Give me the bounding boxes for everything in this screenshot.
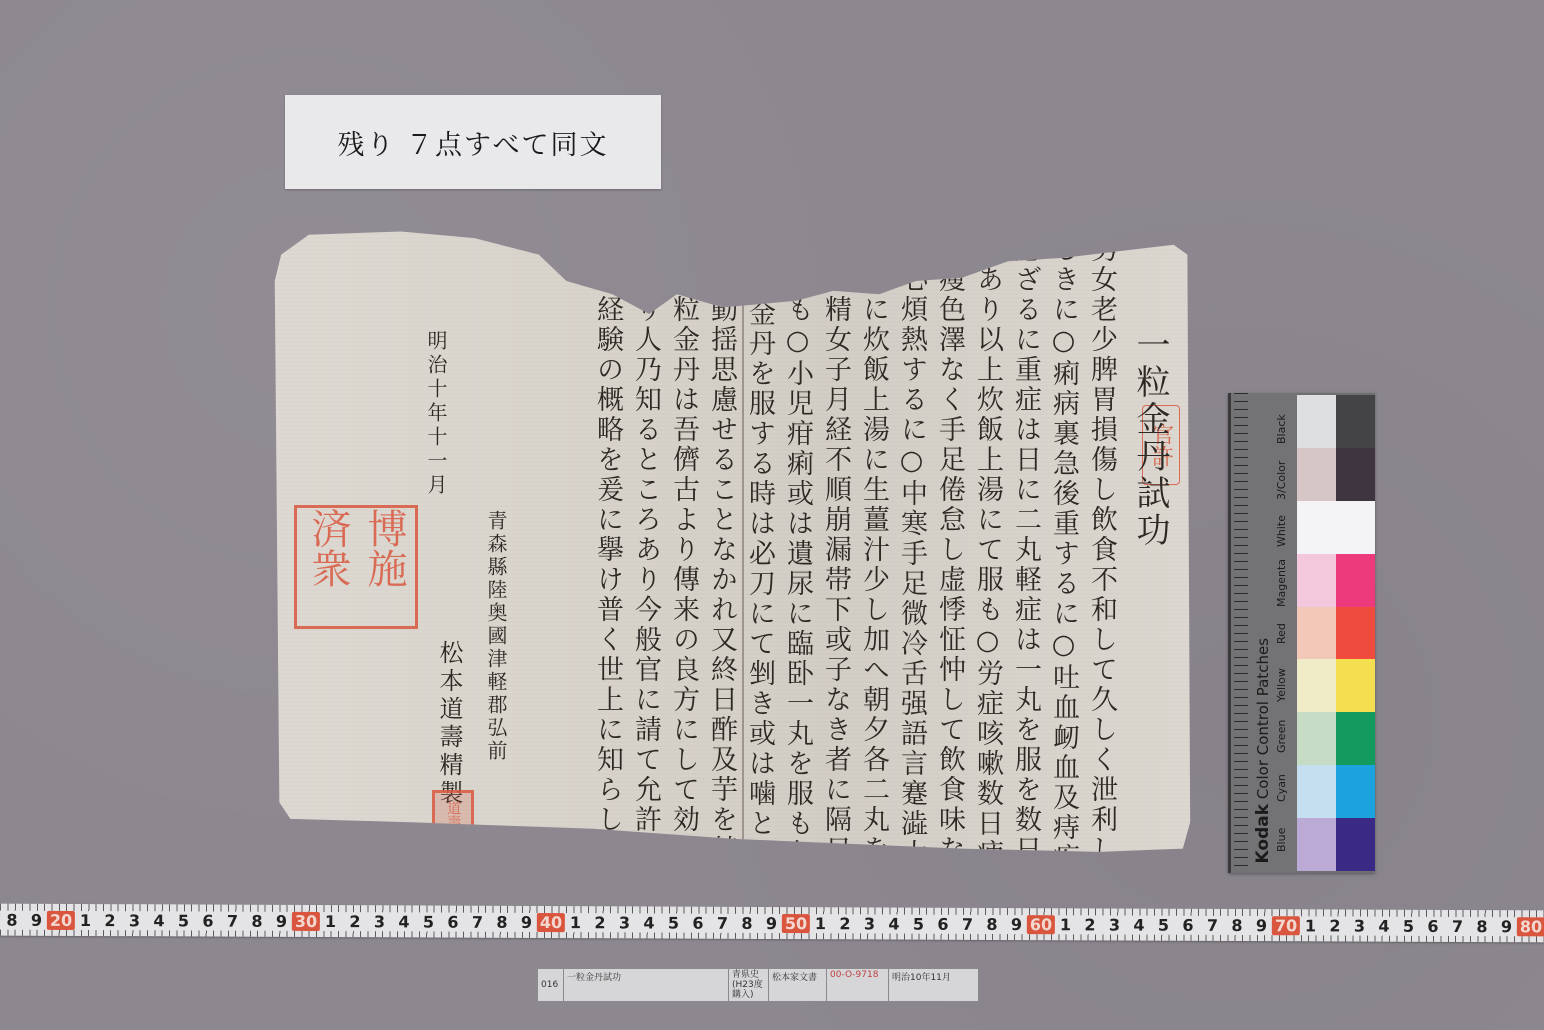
text-column: しきに○痢病裏急後重するに○吐血衂血及痔疾脱肛久しく bbox=[1044, 235, 1082, 855]
tape-number: 3 bbox=[129, 911, 140, 930]
tape-number: 7 bbox=[962, 915, 973, 934]
catalog-id: 00-O-9718 bbox=[827, 969, 889, 1001]
tape-number: 40 bbox=[537, 913, 565, 932]
patch-name: Blue bbox=[1275, 814, 1288, 865]
tape-number: 4 bbox=[1133, 916, 1144, 935]
tape-number: 5 bbox=[913, 915, 924, 934]
document-date: 明治十年十一月 bbox=[422, 330, 451, 498]
tape-number: 6 bbox=[937, 915, 948, 934]
color-patch bbox=[1297, 554, 1336, 607]
color-patch bbox=[1336, 765, 1375, 818]
color-patch bbox=[1297, 712, 1336, 765]
patch-row-yellow bbox=[1297, 659, 1375, 712]
historical-document: 官許 一粒金丹試功 男女老少脾胃損傷し飲食不和して久しく泄利し羸痩甚 しきに○痢… bbox=[272, 215, 1192, 875]
color-card-title: Kodak Color Control Patches bbox=[1253, 638, 1273, 863]
patch-name: 3/Color bbox=[1275, 454, 1288, 505]
patch-name: Green bbox=[1275, 711, 1288, 762]
small-red-seal: 道壽 bbox=[432, 790, 474, 840]
tape-number: 4 bbox=[643, 913, 654, 932]
tape-number: 4 bbox=[1378, 917, 1389, 936]
tape-number: 9 bbox=[1256, 916, 1267, 935]
text-column: を服も○小児疳痢或は遺尿に臨卧一丸を服も久服して験あり bbox=[778, 235, 816, 855]
catalog-label: 016 一粒金丹試功 青県史(H23度購入) 松本家文書 00-O-9718 明… bbox=[537, 968, 979, 1002]
patch-name: Cyan bbox=[1275, 762, 1288, 813]
tape-number: 2 bbox=[839, 914, 850, 933]
ruler-ticks bbox=[1234, 393, 1248, 873]
tape-number: 1 bbox=[570, 913, 581, 932]
text-column: 五心煩熱するに○中寒手足微冷舌强語言蹇澁大小便自利 bbox=[892, 235, 930, 855]
tape-number: 6 bbox=[1427, 917, 1438, 936]
tape-number: 5 bbox=[1403, 917, 1414, 936]
patch-row-red bbox=[1297, 607, 1375, 660]
color-patch bbox=[1297, 395, 1336, 448]
catalog-number: 016 bbox=[538, 969, 564, 1001]
tape-number: 60 bbox=[1027, 915, 1055, 934]
tape-number: 5 bbox=[1158, 916, 1169, 935]
tape-measure: 8920123456789301234567894012345678950123… bbox=[0, 904, 1544, 943]
tape-number: 1 bbox=[80, 911, 91, 930]
maker-address: 青森縣陸奥國津軽郡弘前 bbox=[482, 510, 511, 763]
text-column: ○丸金丹を服する時は必刀にて剉き或は噛とかして服して後 bbox=[740, 235, 778, 855]
tape-number: 6 bbox=[202, 912, 213, 931]
tape-number: 2 bbox=[594, 913, 605, 932]
color-patch bbox=[1297, 659, 1336, 712]
patch-name-list: Blue Cyan Green Yellow Red Magenta White… bbox=[1275, 403, 1288, 865]
tape-number: 3 bbox=[619, 913, 630, 932]
patch-row-cyan bbox=[1297, 765, 1375, 818]
patch-name: White bbox=[1275, 506, 1288, 557]
tape-number: 30 bbox=[292, 912, 320, 931]
color-patch bbox=[1336, 659, 1375, 712]
text-column: 遺失精女子月経不順崩漏帯下或子なき者に隔日平旦に二丸 bbox=[816, 235, 854, 855]
patch-row-3-color bbox=[1297, 448, 1375, 501]
tape-number: 4 bbox=[888, 915, 899, 934]
tape-number: 9 bbox=[276, 912, 287, 931]
patch-row-white bbox=[1297, 501, 1375, 554]
color-patch bbox=[1297, 501, 1336, 554]
tape-number: 4 bbox=[398, 912, 409, 931]
color-patch bbox=[1336, 818, 1375, 871]
catalog-title: 一粒金丹試功 bbox=[564, 969, 729, 1001]
tape-number: 7 bbox=[472, 913, 483, 932]
tape-number: 7 bbox=[1207, 916, 1218, 935]
tape-number: 6 bbox=[1182, 916, 1193, 935]
color-patch bbox=[1297, 818, 1336, 871]
tape-number: 2 bbox=[104, 911, 115, 930]
document-text: 一粒金丹試功 男女老少脾胃損傷し飲食不和して久しく泄利し羸痩甚 しきに○痢病裏急… bbox=[292, 235, 1172, 855]
tape-number: 1 bbox=[1305, 916, 1316, 935]
large-red-seal: 博施済衆 bbox=[294, 505, 418, 629]
tape-number: 80 bbox=[1517, 917, 1544, 936]
patch-name: Red bbox=[1275, 608, 1288, 659]
patch-name: Yellow bbox=[1275, 660, 1288, 711]
patch-row-blue bbox=[1297, 818, 1375, 871]
tape-number: 1 bbox=[815, 914, 826, 933]
catalog-source: 青県史(H23度購入) bbox=[729, 969, 769, 1001]
kodak-color-card: Kodak Color Control Patches Blue Cyan Gr… bbox=[1228, 393, 1375, 873]
tape-number: 3 bbox=[864, 914, 875, 933]
tape-number: 9 bbox=[766, 914, 777, 933]
tape-number: 5 bbox=[178, 911, 189, 930]
color-card-ruler: Kodak Color Control Patches Blue Cyan Gr… bbox=[1228, 393, 1297, 873]
color-patch bbox=[1336, 554, 1375, 607]
tape-number: 8 bbox=[6, 911, 17, 930]
caption-text: 残り ７点すべて同文 bbox=[337, 123, 608, 162]
tape-number: 6 bbox=[447, 913, 458, 932]
tape-number: 4 bbox=[153, 911, 164, 930]
tape-number: 2 bbox=[349, 912, 360, 931]
tape-number: 9 bbox=[1501, 917, 1512, 936]
tape-number: 9 bbox=[521, 913, 532, 932]
tape-number: 9 bbox=[1011, 915, 1022, 934]
text-column: するに炊飯上湯に生薑汁少し加へ朝夕各二丸を服も○男子夢 bbox=[854, 235, 892, 855]
tape-number: 5 bbox=[668, 914, 679, 933]
tape-number: 1 bbox=[325, 912, 336, 931]
color-patch bbox=[1336, 448, 1375, 501]
caption-card: 残り ７点すべて同文 bbox=[285, 95, 661, 189]
text-column: 固より人乃知るところあり今般官に請て允許を得たり bbox=[626, 235, 664, 855]
tape-number: 3 bbox=[374, 912, 385, 931]
color-patch bbox=[1336, 607, 1375, 660]
maker-name: 松本道壽精製 bbox=[432, 640, 467, 808]
patch-name: Magenta bbox=[1275, 557, 1288, 608]
color-patch bbox=[1297, 765, 1336, 818]
text-column: 此一粒金丹は吾儕古より傳来の良方にして効験の著るき bbox=[664, 235, 702, 855]
patch-name: Black bbox=[1275, 403, 1288, 454]
tape-number: 7 bbox=[717, 914, 728, 933]
tape-number: 2 bbox=[1329, 916, 1340, 935]
tape-number: 6 bbox=[692, 914, 703, 933]
brand-name: Kodak bbox=[1253, 804, 1273, 864]
tape-number: 8 bbox=[1231, 916, 1242, 935]
tape-number: 50 bbox=[782, 914, 810, 933]
card-title: Color Control Patches bbox=[1254, 638, 1272, 799]
document-title: 一粒金丹試功 bbox=[1128, 327, 1172, 855]
catalog-collection: 松本家文書 bbox=[769, 969, 827, 1001]
text-column: 男女老少脾胃損傷し飲食不和して久しく泄利し羸痩甚 bbox=[1082, 235, 1120, 855]
text-column: 因て経験の概略を爰に擧け普く世上に知らしむと云爾 bbox=[588, 235, 626, 855]
color-patch bbox=[1336, 395, 1375, 448]
tape-number: 8 bbox=[496, 913, 507, 932]
tape-number: 3 bbox=[1109, 915, 1120, 934]
patch-row-magenta bbox=[1297, 554, 1375, 607]
tape-number: 8 bbox=[986, 915, 997, 934]
patch-row-black bbox=[1297, 395, 1375, 448]
color-patch bbox=[1336, 712, 1375, 765]
text-column: 癒ざるに重症は日に二丸軽症は一丸を服を数日ならずして極て bbox=[1006, 235, 1044, 855]
color-patch bbox=[1297, 448, 1336, 501]
color-patches bbox=[1297, 393, 1375, 873]
text-column: 慎て動揺思慮せることなかれ又終日酢及芋を禁す bbox=[702, 235, 740, 855]
tape-number: 70 bbox=[1272, 916, 1300, 935]
tape-number: 2 bbox=[1084, 915, 1095, 934]
text-column: 験あり以上炊飯上湯にて服も○労症咳嗽数日疲或は血を交へ bbox=[968, 235, 1006, 855]
tape-number: 1 bbox=[1060, 915, 1071, 934]
tape-number: 8 bbox=[1476, 917, 1487, 936]
tape-number: 7 bbox=[1452, 917, 1463, 936]
catalog-date: 明治10年11月 bbox=[889, 969, 978, 1001]
color-patch bbox=[1297, 607, 1336, 660]
text-column: 形痩色澤なく手足倦怠し虚悸怔忡して飲食味なく盗汗出て bbox=[930, 235, 968, 855]
color-patch bbox=[1336, 501, 1375, 554]
tape-number: 8 bbox=[741, 914, 752, 933]
tape-number: 5 bbox=[423, 912, 434, 931]
patch-row-green bbox=[1297, 712, 1375, 765]
tape-number: 3 bbox=[1354, 917, 1365, 936]
tape-number: 20 bbox=[47, 911, 75, 930]
tape-number: 7 bbox=[227, 912, 238, 931]
tape-number: 9 bbox=[31, 911, 42, 930]
tape-number: 8 bbox=[251, 912, 262, 931]
